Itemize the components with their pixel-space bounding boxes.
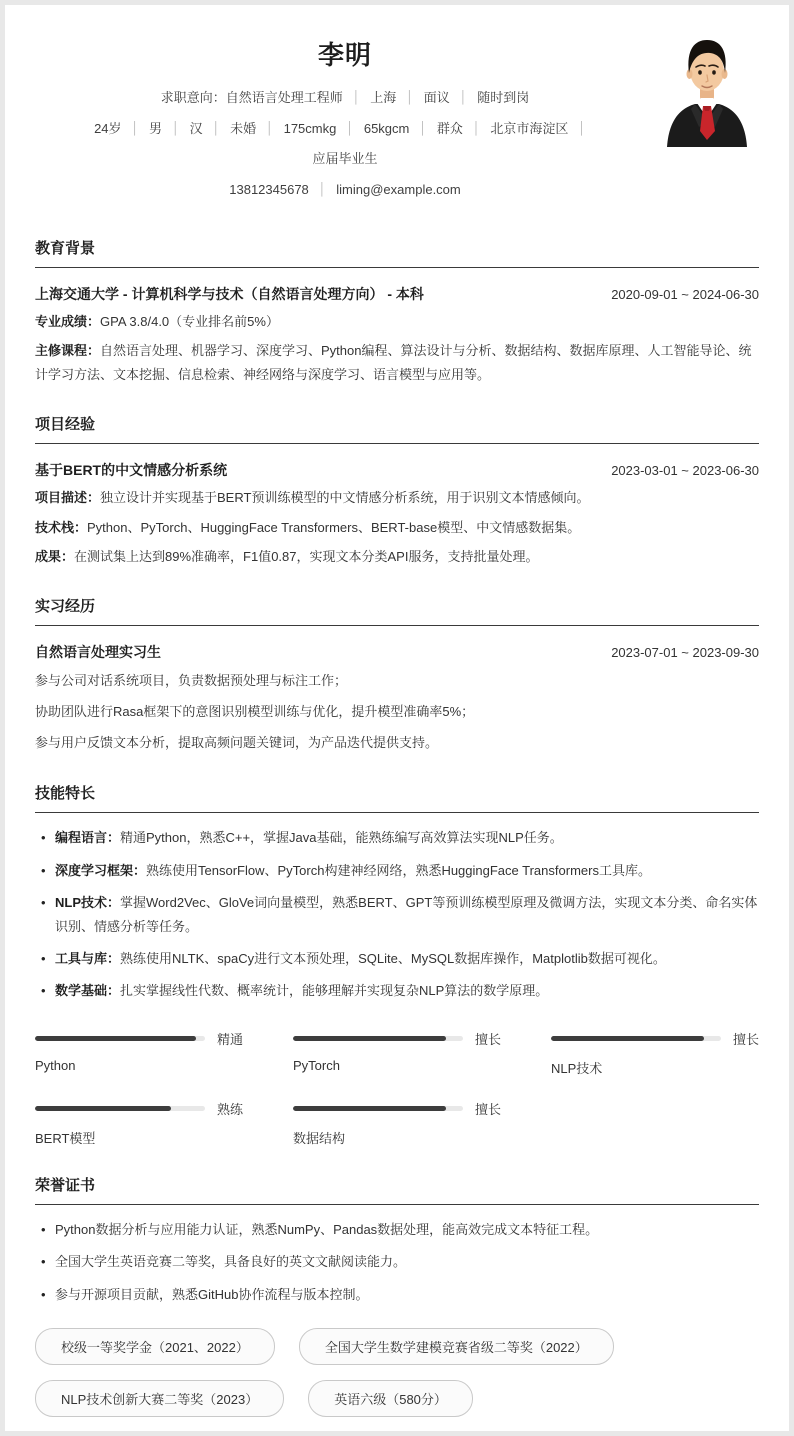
info-item: 未婚 [230, 121, 256, 136]
info-item: 上海 [370, 90, 396, 105]
internship-role: 自然语言处理实习生 [35, 642, 161, 662]
skill-bar-fill [293, 1036, 446, 1041]
project-details: 项目描述：独立设计并实现基于BERT预训练模型的中文情感分析系统，用于识别文本情… [35, 486, 759, 568]
separator-bar: │ [172, 121, 180, 135]
bullet-item: Python数据分析与应用能力认证，熟悉NumPy、Pandas数据处理，能高效… [55, 1218, 759, 1241]
contact-line: 13812345678│liming@example.com [35, 180, 655, 200]
section-title-projects: 项目经验 [35, 413, 759, 444]
bullet-item: 参与开源项目贡献，熟悉GitHub协作流程与版本控制。 [55, 1283, 759, 1306]
separator-bar: │ [406, 90, 414, 104]
award-tag: 英语六级（580分） [308, 1380, 473, 1417]
separator-bar: │ [353, 90, 361, 104]
detail-row: 技术栈：Python、PyTorch、HuggingFace Transform… [35, 516, 759, 539]
candidate-name: 李明 [35, 35, 655, 72]
internship-entry-head: 自然语言处理实习生 2023-07-01 ~ 2023-09-30 [35, 642, 759, 662]
info-item: 群众 [437, 121, 463, 136]
resume-header: 李明 求职意向：自然语言处理工程师│上海│面议│随时到岗 24岁│男│汉│未婚│… [35, 23, 759, 210]
skill-bar-row: 擅长 [293, 1029, 501, 1048]
bullet-label: NLP技术： [55, 895, 120, 910]
description-line: 参与公司对话系统项目，负责数据预处理与标注工作； [35, 669, 759, 693]
detail-row: 主修课程：自然语言处理、机器学习、深度学习、Python编程、算法设计与分析、数… [35, 339, 759, 386]
skill-bar-fill [35, 1036, 196, 1041]
info-item: 面议 [424, 90, 450, 105]
education-date-range: 2020-09-01 ~ 2024-06-30 [611, 287, 759, 302]
separator-bar: │ [132, 121, 140, 135]
info-item: 随时到岗 [477, 90, 529, 105]
separator-bar: │ [460, 90, 468, 104]
skill-level-label: 擅长 [733, 1029, 759, 1048]
skill-bar-fill [35, 1106, 171, 1111]
internship-date-range: 2023-07-01 ~ 2023-09-30 [611, 645, 759, 660]
description-line: 参与用户反馈文本分析，提取高频问题关键词，为产品迭代提供支持。 [35, 731, 759, 755]
section-honors: 荣誉证书 Python数据分析与应用能力认证，熟悉NumPy、Pandas数据处… [35, 1174, 759, 1421]
project-date-range: 2023-03-01 ~ 2023-06-30 [611, 463, 759, 478]
skill-bar-row: 熟练 [35, 1099, 243, 1118]
separator-bar: │ [319, 182, 327, 196]
bullet-label: 数学基础： [55, 983, 120, 998]
award-tag: 校级一等奖学金（2021、2022） [35, 1328, 275, 1365]
skill-bar-item: 擅长NLP技术 [551, 1029, 759, 1077]
skill-bar-track [551, 1036, 721, 1041]
detail-label: 成果： [35, 549, 74, 564]
skill-bar-track [293, 1036, 463, 1041]
honors-bullet-list: Python数据分析与应用能力认证，熟悉NumPy、Pandas数据处理，能高效… [35, 1218, 759, 1306]
skill-bar-row: 擅长 [551, 1029, 759, 1048]
skills-bullet-list: 编程语言：精通Python，熟悉C++，掌握Java基础，能熟练编写高效算法实现… [35, 826, 759, 1002]
skill-bar-fill [551, 1036, 704, 1041]
skill-bars-grid: 精通Python擅长PyTorch擅长NLP技术熟练BERT模型擅长数据结构 [35, 1029, 759, 1147]
bullet-label: 编程语言： [55, 830, 120, 845]
project-name: 基于BERT的中文情感分析系统 [35, 460, 227, 480]
bullet-item: NLP技术：掌握Word2Vec、GloVe词向量模型，熟悉BERT、GPT等预… [55, 891, 759, 938]
skill-bar-item: 精通Python [35, 1029, 243, 1077]
award-tags: 校级一等奖学金（2021、2022）全国大学生数学建模竞赛省级二等奖（2022）… [35, 1328, 759, 1421]
skill-name-label: PyTorch [293, 1058, 501, 1073]
award-tag: NLP技术创新大赛二等奖（2023） [35, 1380, 284, 1417]
section-education: 教育背景 上海交通大学 - 计算机科学与技术（自然语言处理方向） - 本科 20… [35, 237, 759, 386]
section-title-education: 教育背景 [35, 237, 759, 268]
bullet-item: 编程语言：精通Python，熟悉C++，掌握Java基础，能熟练编写高效算法实现… [55, 826, 759, 849]
separator-bar: │ [213, 121, 221, 135]
skill-name-label: BERT模型 [35, 1128, 243, 1147]
education-school-degree: 上海交通大学 - 计算机科学与技术（自然语言处理方向） - 本科 [35, 284, 424, 304]
section-skills: 技能特长 编程语言：精通Python，熟悉C++，掌握Java基础，能熟练编写高… [35, 782, 759, 1146]
detail-label: 专业成绩： [35, 314, 100, 329]
personal-info-line: 24岁│男│汉│未婚│175cmkg│65kgcm│群众│北京市海淀区│ [35, 119, 655, 139]
info-item: 175cmkg [284, 121, 337, 136]
skill-level-label: 熟练 [217, 1099, 243, 1118]
info-item: 北京市海淀区 [490, 121, 568, 136]
separator-bar: │ [346, 121, 354, 135]
info-item: liming@example.com [336, 182, 460, 197]
bullet-item: 数学基础：扎实掌握线性代数、概率统计，能够理解并实现复杂NLP算法的数学原理。 [55, 979, 759, 1002]
separator-bar: │ [578, 121, 586, 135]
detail-label: 主修课程： [35, 343, 100, 358]
separator-bar: │ [419, 121, 427, 135]
bullet-item: 工具与库：熟练使用NLTK、spaCy进行文本预处理，SQLite、MySQL数… [55, 947, 759, 970]
detail-label: 技术栈： [35, 520, 87, 535]
detail-row: 项目描述：独立设计并实现基于BERT预训练模型的中文情感分析系统，用于识别文本情… [35, 486, 759, 509]
graduate-status-line: 应届毕业生 [35, 149, 655, 169]
skill-bar-item: 擅长数据结构 [293, 1099, 501, 1147]
internship-details: 参与公司对话系统项目，负责数据预处理与标注工作；协助团队进行Rasa框架下的意图… [35, 669, 759, 755]
bullet-item: 深度学习框架：熟练使用TensorFlow、PyTorch构建神经网络，熟悉Hu… [55, 859, 759, 882]
profile-photo [655, 31, 759, 147]
bullet-label: 深度学习框架： [55, 863, 146, 878]
project-entry-head: 基于BERT的中文情感分析系统 2023-03-01 ~ 2023-06-30 [35, 460, 759, 480]
detail-row: 专业成绩：GPA 3.8/4.0（专业排名前5%） [35, 310, 759, 333]
skill-level-label: 擅长 [475, 1099, 501, 1118]
header-text-block: 李明 求职意向：自然语言处理工程师│上海│面议│随时到岗 24岁│男│汉│未婚│… [35, 23, 655, 210]
section-projects: 项目经验 基于BERT的中文情感分析系统 2023-03-01 ~ 2023-0… [35, 413, 759, 568]
info-item: 65kgcm [364, 121, 410, 136]
detail-row: 成果：在测试集上达到89%准确率，F1值0.87，实现文本分类API服务，支持批… [35, 545, 759, 568]
resume-page: 李明 求职意向：自然语言处理工程师│上海│面议│随时到岗 24岁│男│汉│未婚│… [5, 5, 789, 1431]
award-tag: 全国大学生数学建模竞赛省级二等奖（2022） [299, 1328, 614, 1365]
separator-bar: │ [266, 121, 274, 135]
skill-bar-item: 熟练BERT模型 [35, 1099, 243, 1147]
skill-bar-track [293, 1106, 463, 1111]
info-item: 13812345678 [229, 182, 309, 197]
section-title-honors: 荣誉证书 [35, 1174, 759, 1205]
info-item: 男 [149, 121, 162, 136]
avatar-illustration [655, 31, 759, 147]
detail-label: 项目描述： [35, 490, 100, 505]
skill-bar-track [35, 1106, 205, 1111]
separator-bar: │ [473, 121, 481, 135]
skill-level-label: 精通 [217, 1029, 243, 1048]
skill-level-label: 擅长 [475, 1029, 501, 1048]
skill-bar-track [35, 1036, 205, 1041]
bullet-item: 全国大学生英语竞赛二等奖，具备良好的英文文献阅读能力。 [55, 1250, 759, 1273]
skill-bar-row: 擅长 [293, 1099, 501, 1118]
info-item: 求职意向：自然语言处理工程师 [161, 90, 343, 105]
section-title-internship: 实习经历 [35, 595, 759, 626]
education-entry-head: 上海交通大学 - 计算机科学与技术（自然语言处理方向） - 本科 2020-09… [35, 284, 759, 304]
education-details: 专业成绩：GPA 3.8/4.0（专业排名前5%）主修课程：自然语言处理、机器学… [35, 310, 759, 386]
skill-bar-item: 擅长PyTorch [293, 1029, 501, 1077]
skill-name-label: Python [35, 1058, 243, 1073]
info-item: 24岁 [94, 121, 121, 136]
skill-bar-fill [293, 1106, 446, 1111]
description-line: 协助团队进行Rasa框架下的意图识别模型训练与优化，提升模型准确率5%； [35, 700, 759, 724]
skill-name-label: 数据结构 [293, 1128, 501, 1147]
job-intent-line: 求职意向：自然语言处理工程师│上海│面议│随时到岗 [35, 88, 655, 108]
bullet-label: 工具与库： [55, 951, 120, 966]
info-item: 汉 [190, 121, 203, 136]
section-internship: 实习经历 自然语言处理实习生 2023-07-01 ~ 2023-09-30 参… [35, 595, 759, 755]
skill-bar-row: 精通 [35, 1029, 243, 1048]
section-title-skills: 技能特长 [35, 782, 759, 813]
skill-name-label: NLP技术 [551, 1058, 759, 1077]
